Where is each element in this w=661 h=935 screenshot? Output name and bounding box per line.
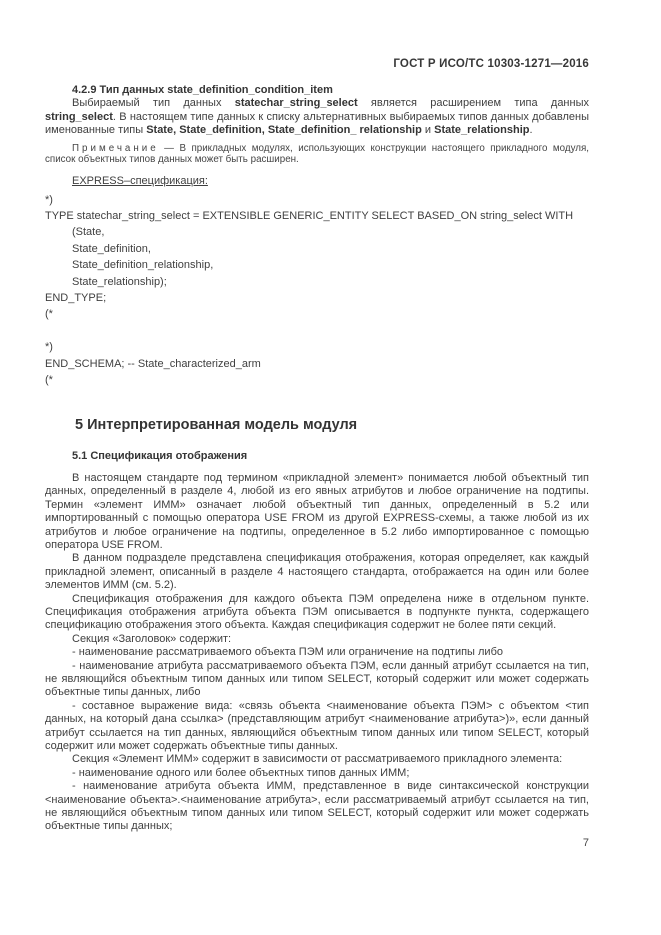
code-line: (State,: [45, 224, 589, 240]
code-line: [45, 323, 589, 339]
text-run: State, State_definition, State_definitio…: [146, 124, 422, 136]
document-header: ГОСТ Р ИСО/ТС 10303-1271—2016: [45, 58, 589, 70]
paragraph: - наименование атрибута рассматриваемого…: [45, 660, 589, 700]
code-line: *): [45, 192, 589, 208]
text-run: State_relationship: [434, 124, 529, 136]
paragraph: Секция «Заголовок» содержит:: [45, 633, 589, 646]
paragraph: В данном подразделе представлена специфи…: [45, 552, 589, 592]
section-5-heading: 5 Интерпретированная модель модуля: [45, 417, 589, 434]
text-run: и: [422, 124, 434, 136]
page-content: ГОСТ Р ИСО/ТС 10303-1271—2016 4.2.9 Тип …: [0, 0, 661, 849]
document-page: ГОСТ Р ИСО/ТС 10303-1271—2016 4.2.9 Тип …: [0, 0, 661, 935]
code-line: (*: [45, 306, 589, 322]
text-run: statechar_string_select: [235, 97, 358, 109]
text-run: .: [529, 124, 532, 136]
paragraph: - наименование атрибута объекта ИММ, пре…: [45, 780, 589, 834]
paragraph: - составное выражение вида: «связь объек…: [45, 700, 589, 754]
express-spec-label: EXPRESS–спецификация:: [45, 175, 589, 188]
paragraph: Спецификация отображения для каждого объ…: [45, 593, 589, 633]
section-5-1-body: В настоящем стандарте под термином «прик…: [45, 472, 589, 834]
code-line: State_relationship);: [45, 274, 589, 290]
text-run: Выбираемый тип данных: [72, 97, 235, 109]
section-5-1-heading: 5.1 Спецификация отображения: [45, 450, 589, 463]
paragraph: - наименование рассматриваемого объекта …: [45, 646, 589, 659]
section-4-2-9-intro-paragraph: Выбираемый тип данных statechar_string_s…: [45, 97, 589, 137]
code-line: State_definition,: [45, 241, 589, 257]
page-number: 7: [45, 837, 589, 849]
paragraph: В настоящем стандарте под термином «прик…: [45, 472, 589, 552]
code-line: State_definition_relationship,: [45, 257, 589, 273]
express-spec-label-text: EXPRESS–спецификация:: [72, 175, 208, 187]
code-line: TYPE statechar_string_select = EXTENSIBL…: [45, 208, 589, 224]
code-line: END_TYPE;: [45, 290, 589, 306]
code-line: *): [45, 339, 589, 355]
paragraph: Секция «Элемент ИММ» содержит в зависимо…: [45, 753, 589, 766]
note-paragraph: Примечание — В прикладных модулях, испол…: [45, 143, 589, 167]
code-line: END_SCHEMA; -- State_characterized_arm: [45, 356, 589, 372]
code-line: (*: [45, 372, 589, 388]
text-run: string_select: [45, 111, 113, 123]
note-label: Примечание: [72, 143, 159, 154]
paragraph: - наименование одного или более объектны…: [45, 767, 589, 780]
express-code-block: *)TYPE statechar_string_select = EXTENSI…: [45, 192, 589, 389]
text-run: является расширением типа данных: [358, 97, 589, 109]
section-4-2-9-heading: 4.2.9 Тип данных state_definition_condit…: [45, 84, 589, 97]
